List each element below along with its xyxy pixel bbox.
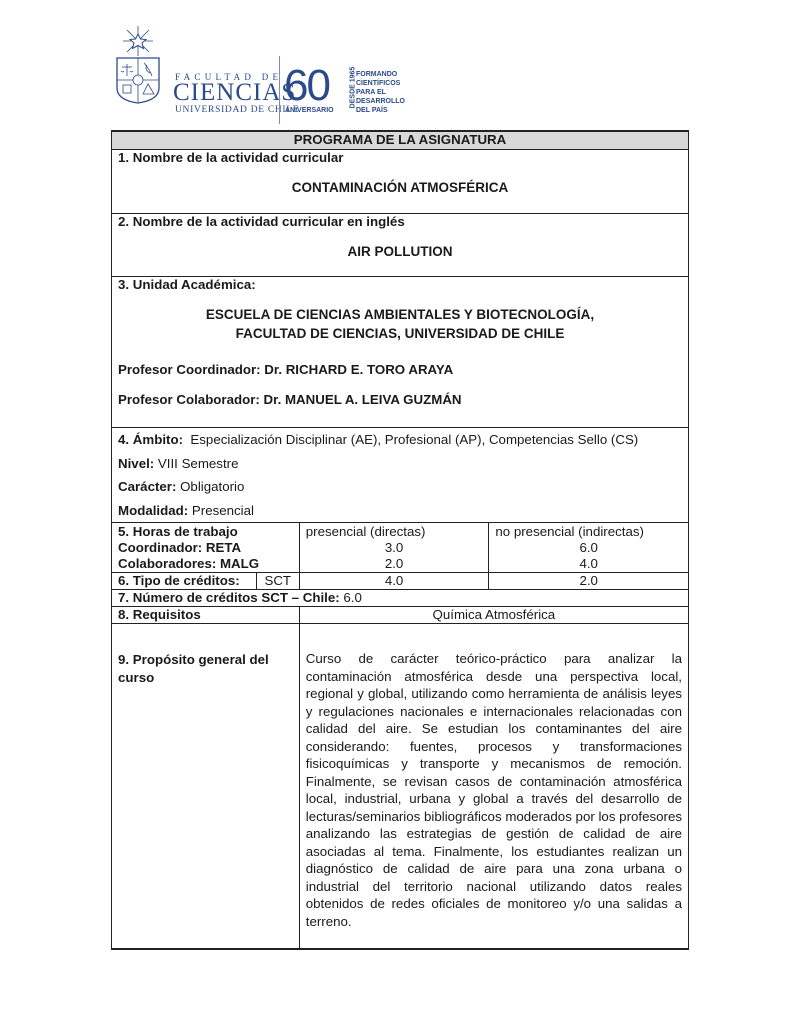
requirements-value: Química Atmosférica	[299, 607, 688, 624]
section-label: 2. Nombre de la actividad curricular en …	[118, 214, 682, 230]
requirements-label: 8. Requisitos	[112, 607, 300, 624]
tagline-line: DESARROLLO	[356, 97, 405, 106]
table-title-row: PROGRAMA DE LA ASIGNATURA	[112, 131, 689, 150]
program-table: PROGRAMA DE LA ASIGNATURA 1. Nombre de l…	[111, 130, 689, 950]
section-credit-count: 7. Número de créditos SCT – Chile: 6.0	[112, 590, 689, 607]
work-hours-label: 5. Horas de trabajo	[118, 524, 293, 540]
section-scope: 4. Ámbito: Especialización Disciplinar (…	[112, 428, 689, 523]
section-label: 3. Unidad Académica:	[118, 277, 682, 293]
nivel-label: Nivel:	[118, 456, 154, 471]
modalidad-label: Modalidad:	[118, 503, 188, 518]
tagline-line: FORMANDO	[356, 70, 405, 79]
anniversary-label: ANIVERSARIO	[285, 107, 334, 114]
university-name: UNIVERSIDAD DE CHILE	[175, 105, 299, 115]
tagline: FORMANDO CIENTÍFICOS PARA EL DESARROLLO …	[356, 70, 405, 115]
ambito-value: Especialización Disciplinar (AE), Profes…	[190, 432, 638, 447]
section-work-hours: 5. Horas de trabajo Coordinador: RETA Co…	[112, 523, 689, 573]
section-course-name-english: 2. Nombre de la actividad curricular en …	[112, 214, 689, 277]
credit-count-label: 7. Número de créditos SCT – Chile:	[118, 590, 340, 605]
academic-unit-line-2: FACULTAD DE CIENCIAS, UNIVERSIDAD DE CHI…	[118, 326, 682, 342]
modalidad-line: Modalidad: Presencial	[118, 499, 682, 523]
nivel-line: Nivel: VIII Semestre	[118, 452, 682, 476]
caracter-line: Carácter: Obligatorio	[118, 475, 682, 499]
coordinator-professor: Profesor Coordinador: Dr. RICHARD E. TOR…	[118, 362, 682, 378]
credit-type-value: SCT	[256, 573, 299, 590]
direct-hours-header: presencial (directas)	[306, 524, 483, 540]
section-label: 1. Nombre de la actividad curricular	[118, 150, 682, 166]
collaborators-label: Colaboradores: MALG	[118, 556, 293, 572]
logo-divider	[279, 56, 280, 124]
nivel-value: VIII Semestre	[158, 456, 239, 471]
ambito-label: 4. Ámbito:	[118, 432, 183, 447]
ambito-line: 4. Ámbito: Especialización Disciplinar (…	[118, 428, 682, 452]
caracter-label: Carácter:	[118, 479, 176, 494]
collaborator-professor: Profesor Colaborador: Dr. MANUEL A. LEIV…	[118, 392, 682, 408]
credit-type-label: 6. Tipo de créditos:	[112, 573, 257, 590]
collaborator-direct-hours: 2.0	[306, 556, 483, 572]
indirect-hours-header: no presencial (indirectas)	[495, 524, 682, 540]
table-title: PROGRAMA DE LA ASIGNATURA	[112, 131, 689, 150]
credit-indirect: 2.0	[489, 573, 689, 590]
caracter-value: Obligatorio	[180, 479, 244, 494]
coordinator-label: Coordinador: RETA	[118, 540, 293, 556]
course-name: CONTAMINACIÓN ATMOSFÉRICA	[118, 180, 682, 196]
section-requirements: 8. Requisitos Química Atmosférica	[112, 607, 689, 624]
credit-count-value: 6.0	[343, 590, 362, 605]
purpose-text: Curso de carácter teórico-práctico para …	[299, 624, 688, 950]
coordinator-direct-hours: 3.0	[306, 540, 483, 556]
faculty-logo: FACULTAD DE CIENCIAS UNIVERSIDAD DE CHIL…	[114, 26, 414, 126]
collaborator-indirect-hours: 4.0	[495, 556, 682, 572]
section-credit-type: 6. Tipo de créditos: SCT 4.0 2.0	[112, 573, 689, 590]
coordinator-indirect-hours: 6.0	[495, 540, 682, 556]
academic-unit-line-1: ESCUELA DE CIENCIAS AMBIENTALES Y BIOTEC…	[118, 307, 682, 323]
course-name-english: AIR POLLUTION	[118, 244, 682, 260]
modalidad-value: Presencial	[192, 503, 254, 518]
credit-direct: 4.0	[299, 573, 489, 590]
tagline-line: DEL PAÍS	[356, 106, 405, 115]
tagline-line: PARA EL	[356, 88, 405, 97]
section-purpose: 9. Propósito general del curso Curso de …	[112, 624, 689, 950]
faculty-name: CIENCIAS	[173, 80, 296, 106]
tagline-line: CIENTÍFICOS	[356, 79, 405, 88]
anniversary-number: 60	[284, 64, 329, 108]
university-crest-icon	[114, 26, 162, 104]
purpose-label: 9. Propósito general del curso	[112, 624, 300, 950]
section-course-name: 1. Nombre de la actividad curricular CON…	[112, 150, 689, 214]
section-academic-unit: 3. Unidad Académica: ESCUELA DE CIENCIAS…	[112, 277, 689, 428]
